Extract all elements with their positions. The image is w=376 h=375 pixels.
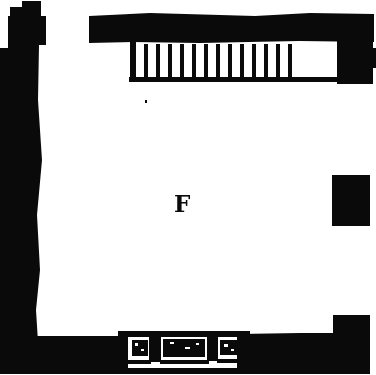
stair-riser [240,44,244,78]
window-pier [207,337,218,361]
print-speck [145,100,147,103]
speckle [231,349,234,351]
speckle [185,347,190,349]
window-sill-line [160,360,209,364]
window-pier [149,337,161,362]
room-label: F [174,191,191,218]
speckle [135,343,138,346]
stair-landing [293,44,337,77]
stair-riser [144,44,148,78]
speckle [224,344,228,347]
window-sash [220,340,237,355]
speckle [196,343,199,345]
stair-riser [288,44,292,78]
stair-riser [168,44,172,78]
floor-plan: F [0,0,376,375]
stair-riser [252,44,256,78]
stair-riser [192,44,196,78]
stair-riser [216,44,220,78]
top-right-corner-block [337,14,373,84]
speckle [141,349,144,351]
bottom-wall-right [237,333,370,372]
stair-riser [180,44,184,78]
right-wall-pier [332,175,370,226]
window-sash [163,339,205,357]
window-sill-line [217,359,241,363]
stair-riser [204,44,208,78]
window-sill-line [128,360,151,364]
bottom-inner-wall-line [118,331,250,337]
stair-stringer [130,42,136,80]
stair-riser [276,44,280,78]
stair-riser [228,44,232,78]
top-wall [89,13,374,43]
speckle [170,342,174,344]
window-sash [132,340,148,356]
top-right-corner-bump [368,48,376,68]
bottom-outer-wall-line [2,368,370,374]
stair-bottom-line [129,77,339,82]
floor-plan-drawing: F [0,0,376,375]
stair-riser [156,44,160,78]
stair-riser [264,44,268,78]
